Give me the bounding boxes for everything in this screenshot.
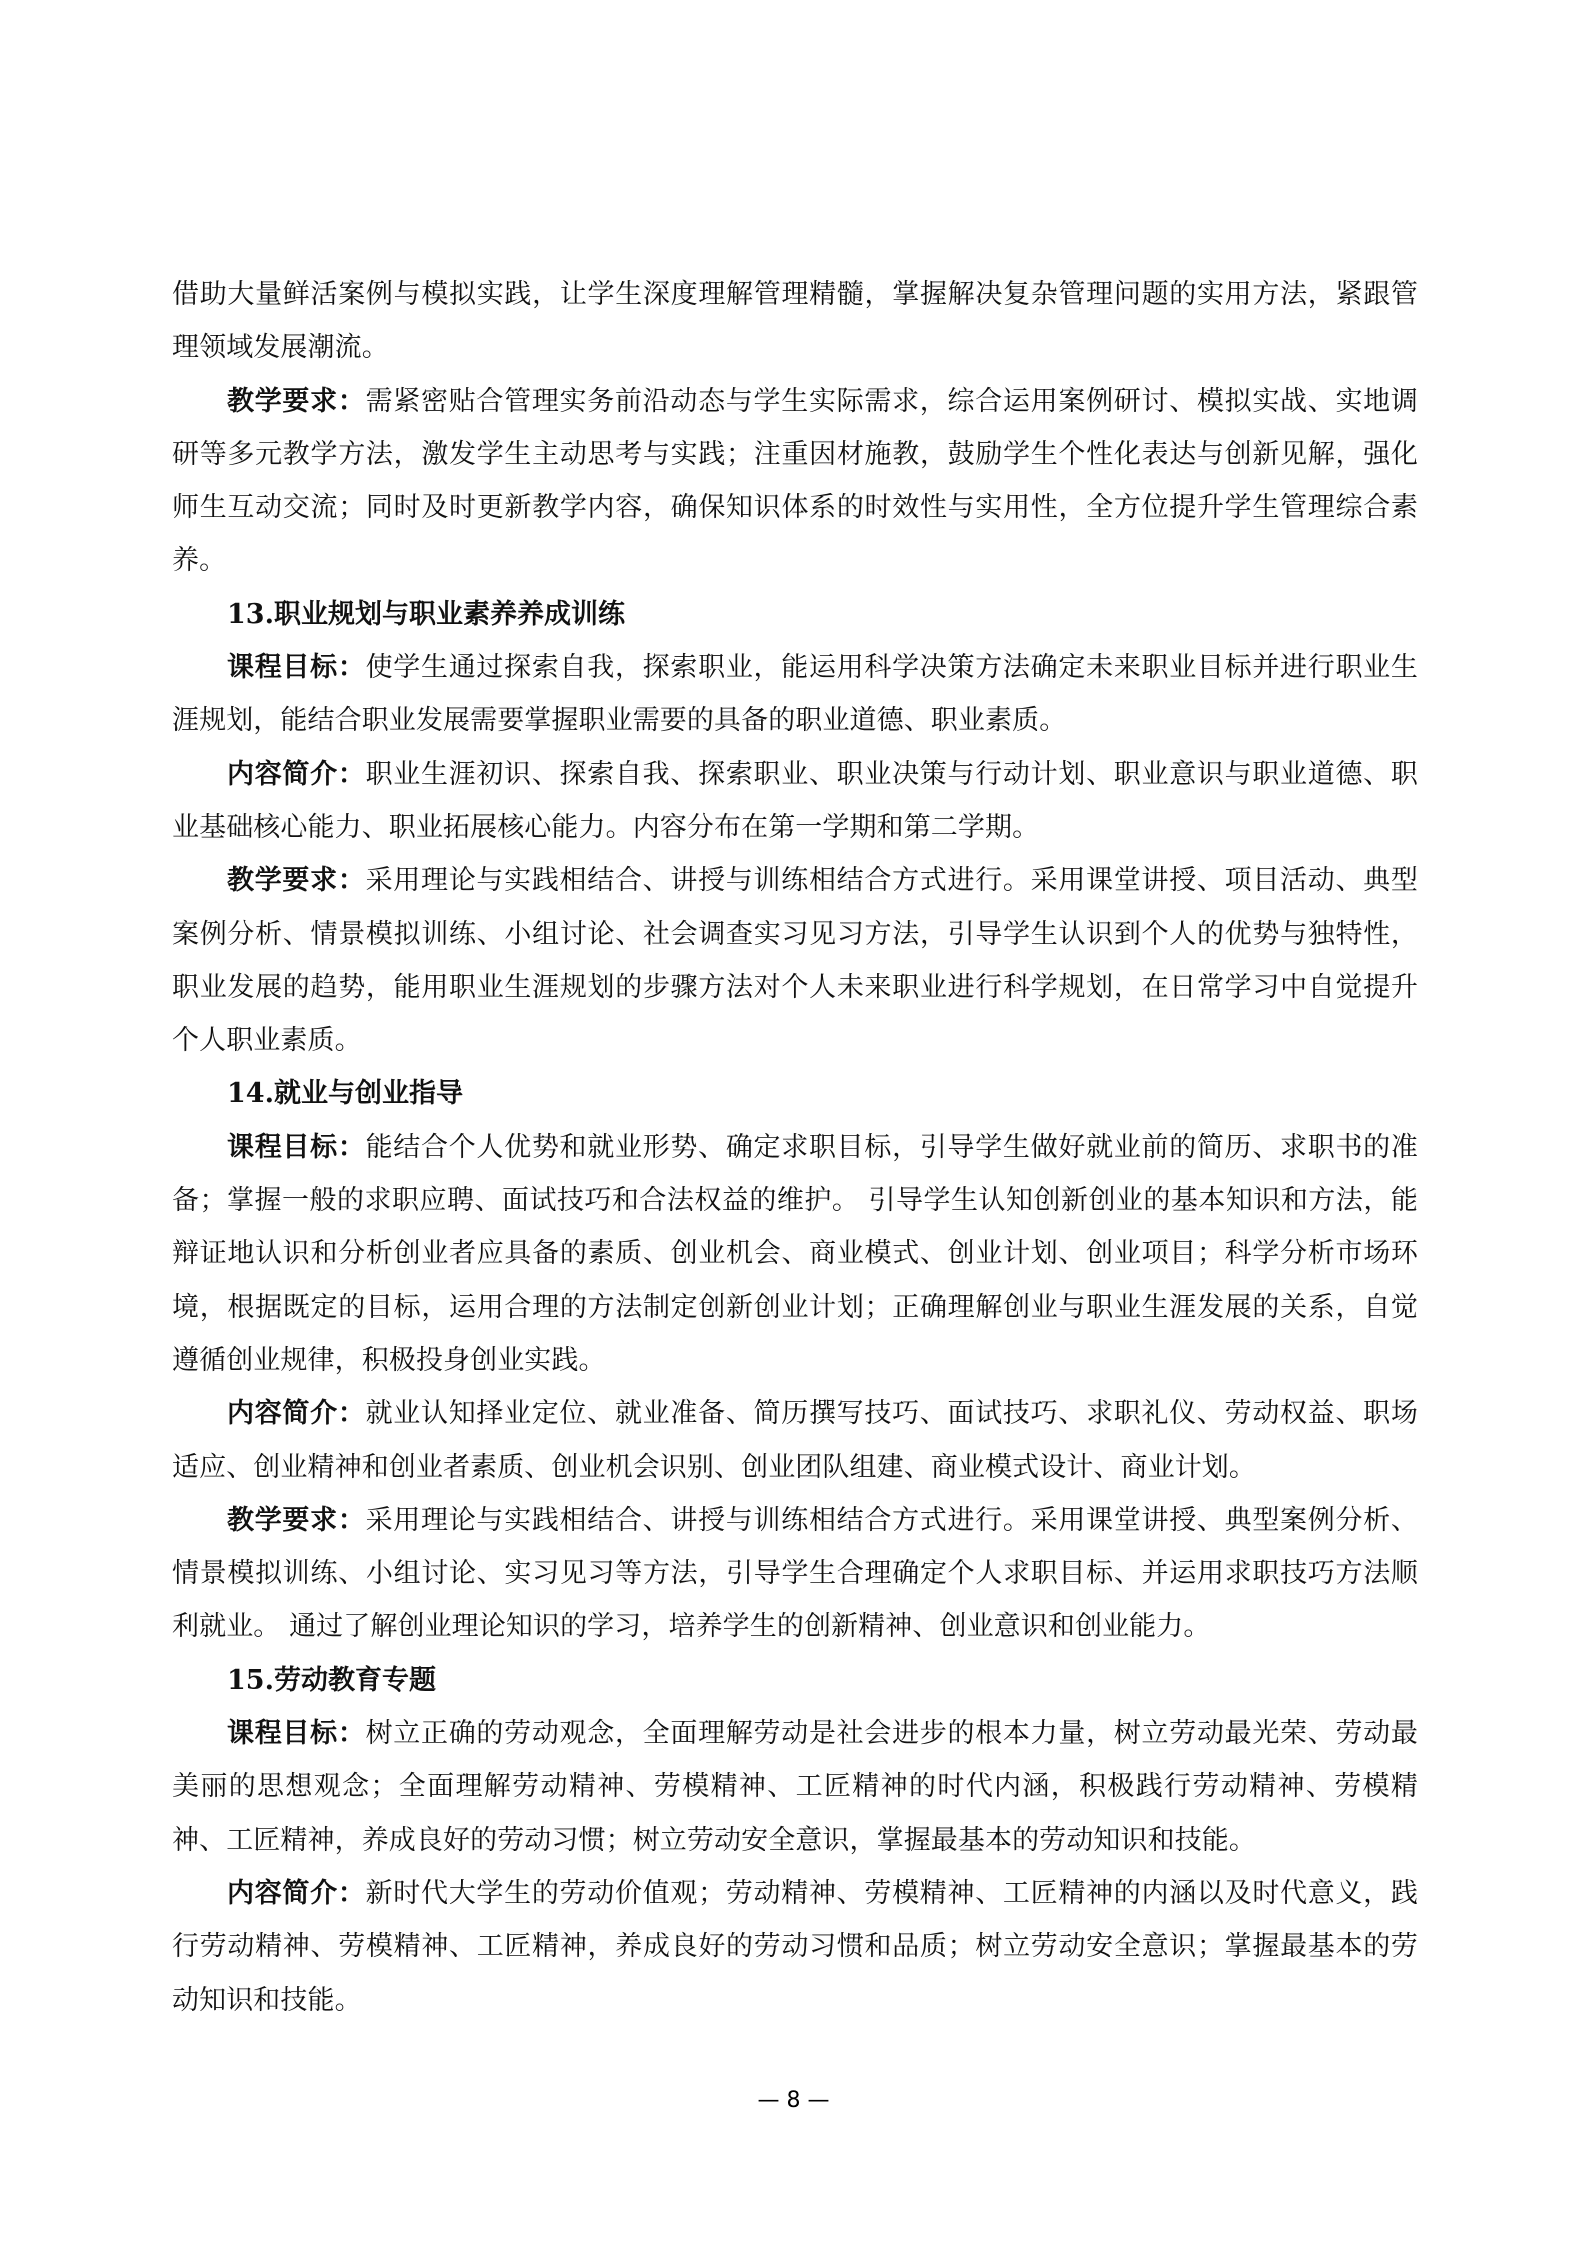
- section-13-content-intro: 内容简介：职业生涯初识、探索自我、探索职业、职业决策与行动计划、职业意识与职业道…: [172, 748, 1418, 855]
- section-13-course-goal: 课程目标：使学生通过探索自我，探索职业，能运用科学决策方法确定未来职业目标并进行…: [172, 641, 1418, 748]
- document-body: 借助大量鲜活案例与模拟实践，让学生深度理解管理精髓，掌握解决复杂管理问题的实用方…: [172, 268, 1418, 2027]
- section-13-teaching-requirements: 教学要求：采用理论与实践相结合、讲授与训练相结合方式进行。采用课堂讲授、项目活动…: [172, 854, 1418, 1067]
- section-13-title: 13.职业规划与职业素养养成训练: [172, 588, 1418, 641]
- section-14-content-intro: 内容简介：就业认知择业定位、就业准备、简历撰写技巧、面试技巧、求职礼仪、劳动权益…: [172, 1387, 1418, 1494]
- paragraph-label: 教学要求：: [227, 386, 366, 417]
- section-14-course-goal: 课程目标：能结合个人优势和就业形势、确定求职目标，引导学生做好就业前的简历、求职…: [172, 1121, 1418, 1387]
- paragraph-label: 内容简介：: [227, 1878, 366, 1909]
- paragraph-label: 课程目标：: [227, 1718, 366, 1749]
- intro-teaching-requirements: 教学要求：需紧密贴合管理实务前沿动态与学生实际需求，综合运用案例研讨、模拟实战、…: [172, 375, 1418, 588]
- paragraph-label: 内容简介：: [227, 1398, 366, 1429]
- page-number: — 8 —: [0, 2088, 1587, 2113]
- paragraph-label: 内容简介：: [227, 759, 366, 790]
- paragraph-label: 课程目标：: [227, 1132, 366, 1163]
- paragraph-label: 教学要求：: [227, 865, 366, 896]
- paragraph-label: 教学要求：: [227, 1505, 366, 1536]
- section-14-teaching-requirements: 教学要求：采用理论与实践相结合、讲授与训练相结合方式进行。采用课堂讲授、典型案例…: [172, 1494, 1418, 1654]
- section-15-title: 15.劳动教育专题: [172, 1654, 1418, 1707]
- section-15-course-goal: 课程目标：树立正确的劳动观念，全面理解劳动是社会进步的根本力量，树立劳动最光荣、…: [172, 1707, 1418, 1867]
- intro-continuation-paragraph: 借助大量鲜活案例与模拟实践，让学生深度理解管理精髓，掌握解决复杂管理问题的实用方…: [172, 268, 1418, 375]
- section-15-content-intro: 内容简介：新时代大学生的劳动价值观；劳动精神、劳模精神、工匠精神的内涵以及时代意…: [172, 1867, 1418, 2027]
- paragraph-label: 课程目标：: [227, 652, 366, 683]
- section-14-title: 14.就业与创业指导: [172, 1067, 1418, 1120]
- paragraph-text: 能结合个人优势和就业形势、确定求职目标，引导学生做好就业前的简历、求职书的准备；…: [172, 1132, 1418, 1376]
